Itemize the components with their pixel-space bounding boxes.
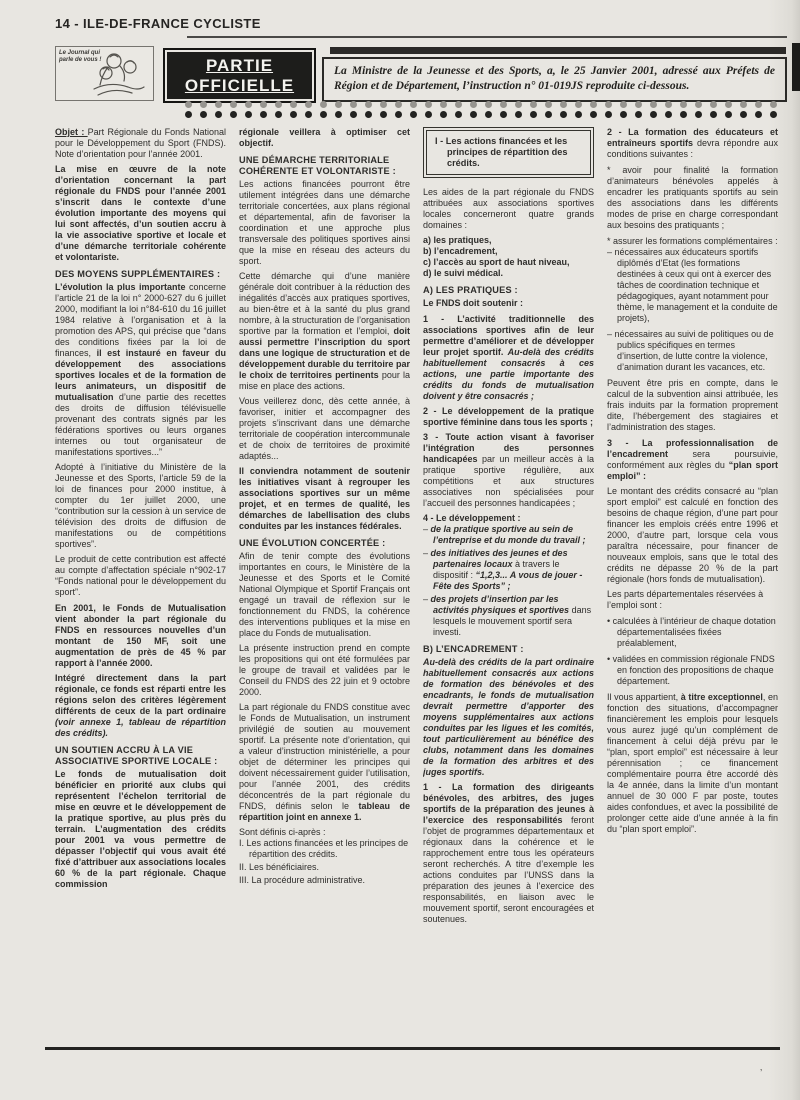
dot-icon (770, 111, 777, 118)
paragraph: – nécessaires aux éducateurs sportifs di… (607, 247, 778, 324)
paragraph: Le fonds de mutualisation doit bénéficie… (55, 769, 226, 890)
dot-icon (200, 101, 207, 108)
dot-icon (410, 111, 417, 118)
text-segment: Au-delà des crédits de la part ordinaire… (423, 657, 594, 777)
dot-icon (185, 111, 192, 118)
dot-icon (710, 111, 717, 118)
paragraph: régionale veillera à optimiser cet objec… (239, 127, 410, 149)
paragraph: 1 - La formation des dirigeants bénévole… (423, 782, 594, 925)
paragraph: La mise en œuvre de la note d’orientatio… (55, 164, 226, 263)
paragraph: 2 - La formation des éducateurs et entra… (607, 127, 778, 160)
text-segment: b) l’encadrement, (423, 246, 498, 256)
dot-icon (455, 101, 462, 108)
dot-icon (695, 111, 702, 118)
paragraph: a) les pratiques, (423, 235, 594, 246)
paragraph: – des initiatives des jeunes et des part… (423, 548, 594, 592)
paragraph: Les parts départementales réservées à l’… (607, 589, 778, 611)
dot-icon (755, 111, 762, 118)
dot-icon (335, 101, 342, 108)
paragraph: I. Les actions financées et les principe… (239, 838, 410, 860)
text-segment: c) l’accès au sport de haut niveau, (423, 257, 570, 267)
dot-icon (365, 101, 372, 108)
paragraph: – des projets d’insertion par les activi… (423, 594, 594, 638)
dot-icon (440, 101, 447, 108)
text-segment: Objet : (55, 127, 88, 137)
text-segment: 2 - Le développement de la pratique spor… (423, 406, 594, 427)
paragraph: Le produit de cette contribution est aff… (55, 554, 226, 598)
text-segment: • validées en commission régionale FNDS … (607, 654, 775, 686)
text-segment: – (423, 524, 431, 534)
article-columns: Objet : Part Régionale du Fonds National… (55, 127, 778, 1045)
header-rule (187, 36, 787, 38)
text-segment: Les parts départementales réservées à l’… (607, 589, 763, 610)
text-segment: Les aides de la part régionale du FNDS a… (423, 187, 594, 230)
text-segment: Le produit de cette contribution est aff… (55, 554, 226, 597)
dot-icon (290, 111, 297, 118)
text-segment: Vous veillerez donc, dès cette année, à … (239, 396, 410, 461)
dot-icon (485, 101, 492, 108)
banner-line2: OFFICIELLE (185, 76, 294, 96)
dot-icon (770, 101, 777, 108)
paragraph: Le FNDS doit soutenir : (423, 298, 594, 309)
paragraph: • validées en commission régionale FNDS … (607, 654, 778, 687)
dot-icon (575, 101, 582, 108)
text-segment: B) L’ENCADREMENT : (423, 644, 524, 654)
text-segment: – (423, 594, 431, 604)
paragraph: Afin de tenir compte des évolutions impo… (239, 551, 410, 639)
page-title: 14 - ILE-DE-FRANCE CYCLISTE (55, 16, 261, 31)
dots-row-gray (185, 101, 785, 108)
paragraph: Cette démarche qui d’une manière général… (239, 271, 410, 392)
paragraph: b) l’encadrement, (423, 246, 594, 257)
text-segment: III. La procédure administrative. (239, 875, 365, 885)
text-segment: Afin de tenir compte des évolutions impo… (239, 551, 410, 638)
paragraph: Intégré directement dans la part régiona… (55, 673, 226, 739)
partie-officielle-banner: PARTIE OFFICIELLE (163, 48, 316, 103)
dot-icon (530, 111, 537, 118)
dot-icon (590, 101, 597, 108)
newspaper-page: 14 - ILE-DE-FRANCE CYCLISTE Le Journal q… (0, 0, 800, 1100)
paragraph: 1 - L’activité traditionnelle des associ… (423, 314, 594, 402)
dot-icon (515, 101, 522, 108)
paragraph: Objet : Part Régionale du Fonds National… (55, 127, 226, 160)
dot-icon (275, 111, 282, 118)
dot-icon (530, 101, 537, 108)
text-segment: Le FNDS doit soutenir : (423, 298, 523, 308)
text-column-1: Objet : Part Régionale du Fonds National… (55, 127, 226, 1045)
paragraph: c) l’accès au sport de haut niveau, (423, 257, 594, 268)
paragraph: 4 - Le développement : (423, 513, 594, 524)
text-segment: Les actions financées pourront être util… (239, 179, 410, 266)
dot-icon (560, 101, 567, 108)
dot-icon (695, 101, 702, 108)
text-segment: de la pratique sportive au sein de l’ent… (431, 524, 586, 545)
text-column-4: 2 - La formation des éducateurs et entra… (607, 127, 778, 1045)
dot-icon (635, 111, 642, 118)
dot-icon (395, 101, 402, 108)
dot-icon (380, 111, 387, 118)
dot-icon (470, 111, 477, 118)
dot-icon (590, 111, 597, 118)
paragraph: – nécessaires au suivi de politiques ou … (607, 329, 778, 373)
text-segment: a) les pratiques, (423, 235, 492, 245)
dot-icon (560, 111, 567, 118)
text-segment: La présente instruction prend en compte … (239, 643, 410, 697)
text-segment: DES MOYENS SUPPLÉMENTAIRES : (55, 269, 220, 279)
paragraph: II. Les bénéficiaires. (239, 862, 410, 873)
text-segment: I - Les actions financées et les princip… (435, 136, 568, 168)
paragraph: La part régionale du FNDS constitue avec… (239, 702, 410, 823)
text-column-2: régionale veillera à optimiser cet objec… (239, 127, 410, 1045)
dot-icon (380, 101, 387, 108)
text-segment: 4 - Le développement : (423, 513, 521, 523)
dot-icon (620, 111, 627, 118)
text-segment: (voir annexe 1, tableau de répartition d… (55, 717, 226, 738)
dot-icon (665, 101, 672, 108)
paragraph: 3 - Toute action visant à favoriser l’in… (423, 432, 594, 509)
dot-icon (650, 101, 657, 108)
paragraph: Sont définis ci-après : (239, 827, 410, 838)
bottom-rule (45, 1047, 780, 1050)
dot-icon (440, 111, 447, 118)
dot-icon (290, 101, 297, 108)
section-heading: B) L’ENCADREMENT : (423, 644, 594, 655)
text-segment: Le fonds de mutualisation doit bénéficie… (55, 769, 226, 889)
text-segment: II. Les bénéficiaires. (239, 862, 319, 872)
dot-icon (350, 101, 357, 108)
text-segment: régionale veillera à optimiser cet objec… (239, 127, 410, 148)
text-segment: La mise en œuvre de la note d’orientatio… (55, 164, 226, 262)
boxed-heading: I - Les actions financées et les princip… (426, 130, 591, 175)
section-heading: UN SOUTIEN ACCRU À LA VIE ASSOCIATIVE SP… (55, 745, 226, 767)
text-segment: d) le suivi médical. (423, 268, 503, 278)
paragraph: Peuvent être pris en compte, dans le cal… (607, 378, 778, 433)
paragraph: * assurer les formations complémentaires… (607, 236, 778, 247)
dot-icon (740, 111, 747, 118)
text-segment: Sont définis ci-après : (239, 827, 326, 837)
dot-icon (725, 111, 732, 118)
dot-icon (245, 111, 252, 118)
dot-icon (680, 101, 687, 108)
paragraph: d) le suivi médical. (423, 268, 594, 279)
dot-icon (275, 101, 282, 108)
paragraph: L’évolution la plus importante concerne … (55, 282, 226, 458)
text-segment: à titre exceptionnel (681, 692, 763, 702)
text-column-3: I - Les actions financées et les princip… (423, 127, 594, 1045)
section-heading: A) LES PRATIQUES : (423, 285, 594, 296)
paragraph: 2 - Le développement de la pratique spor… (423, 406, 594, 428)
dot-icon (200, 111, 207, 118)
dot-icon (260, 111, 267, 118)
text-segment: * avoir pour finalité la formation d’ani… (607, 165, 778, 230)
paragraph: 3 - La professionnalisation de l’encadre… (607, 438, 778, 482)
dot-icon (215, 111, 222, 118)
dot-icon (245, 101, 252, 108)
paragraph: * avoir pour finalité la formation d’ani… (607, 165, 778, 231)
dot-icon (230, 111, 237, 118)
text-segment: UNE DÉMARCHE TERRITORIALE COHÉRENTE ET V… (239, 155, 396, 176)
paragraph: En 2001, le Fonds de Mutualisation vient… (55, 603, 226, 669)
text-segment: feront l’objet de programmes département… (423, 815, 594, 924)
text-segment: – nécessaires au suivi de politiques ou … (607, 329, 774, 372)
dot-icon (755, 101, 762, 108)
dot-icon (305, 101, 312, 108)
dot-icon (395, 111, 402, 118)
scan-artifact: ’ (760, 1068, 762, 1079)
text-segment: Intégré directement dans la part régiona… (55, 673, 226, 716)
section-heading: DES MOYENS SUPPLÉMENTAIRES : (55, 269, 226, 280)
text-segment: La part régionale du FNDS constitue avec… (239, 702, 410, 811)
text-segment: – (423, 548, 431, 558)
paragraph: Il conviendra notamment de soutenir les … (239, 466, 410, 532)
dot-icon (230, 101, 237, 108)
section-heading: UNE DÉMARCHE TERRITORIALE COHÉRENTE ET V… (239, 155, 410, 177)
section-heading: UNE ÉVOLUTION CONCERTÉE : (239, 538, 410, 549)
notice-top-bar (330, 47, 786, 54)
dot-icon (485, 111, 492, 118)
paragraph: Le montant des crédits consacré au “plan… (607, 486, 778, 585)
text-segment: • calculées à l’intérieur de chaque dota… (607, 616, 776, 648)
dot-icon (710, 101, 717, 108)
dot-icon (410, 101, 417, 108)
dots-row-black (185, 111, 785, 118)
dot-icon (335, 111, 342, 118)
paragraph: Les actions financées pourront être util… (239, 179, 410, 267)
dot-icon (575, 111, 582, 118)
dot-icon (260, 101, 267, 108)
text-segment: I. Les actions financées et les principe… (239, 838, 408, 859)
dot-icon (725, 101, 732, 108)
paragraph: Vous veillerez donc, dès cette année, à … (239, 396, 410, 462)
page-edge-bar (792, 43, 800, 91)
ministre-notice: La Ministre de la Jeunesse et des Sports… (322, 57, 787, 102)
text-segment: Il vous appartient, (607, 692, 681, 702)
dot-icon (620, 101, 627, 108)
text-segment: UNE ÉVOLUTION CONCERTÉE : (239, 538, 385, 548)
paragraph: Les aides de la part régionale du FNDS a… (423, 187, 594, 231)
text-segment: Peuvent être pris en compte, dans le cal… (607, 378, 778, 432)
dot-icon (740, 101, 747, 108)
banner-line1: PARTIE (206, 56, 273, 76)
dot-icon (320, 101, 327, 108)
dot-icon (605, 101, 612, 108)
dot-icon (470, 101, 477, 108)
dots-ornament (185, 101, 785, 121)
text-segment: concerne l’article 21 de la loi n° 2000-… (55, 282, 226, 358)
dot-icon (500, 111, 507, 118)
text-segment: A) LES PRATIQUES : (423, 285, 518, 295)
text-segment: Le montant des crédits consacré au “plan… (607, 486, 778, 584)
journal-logo-box: Le Journal qui parle de vous ! (55, 46, 154, 101)
dot-icon (545, 111, 552, 118)
dot-icon (185, 101, 192, 108)
text-segment: – nécessaires aux éducateurs sportifs di… (607, 247, 778, 323)
text-segment: Il conviendra notamment de soutenir les … (239, 466, 410, 531)
text-segment: , en fonction des situations, d’accompag… (607, 692, 778, 834)
paragraph: • calculées à l’intérieur de chaque dota… (607, 616, 778, 649)
text-segment: UN SOUTIEN ACCRU À LA VIE ASSOCIATIVE SP… (55, 745, 217, 766)
dot-icon (455, 111, 462, 118)
dot-icon (680, 111, 687, 118)
dot-icon (635, 101, 642, 108)
dot-icon (545, 101, 552, 108)
journal-cartoon (80, 49, 152, 99)
paragraph: Au-delà des crédits de la part ordinaire… (423, 657, 594, 778)
dot-icon (350, 111, 357, 118)
dot-icon (665, 111, 672, 118)
dot-icon (425, 111, 432, 118)
dot-icon (515, 111, 522, 118)
text-segment: 1 - La formation des dirigeants bénévole… (423, 782, 594, 825)
paragraph: Il vous appartient, à titre exceptionnel… (607, 692, 778, 835)
text-segment: Adopté à l’initiative du Ministère de la… (55, 462, 226, 549)
paragraph: Adopté à l’initiative du Ministère de la… (55, 462, 226, 550)
dot-icon (320, 111, 327, 118)
paragraph: III. La procédure administrative. (239, 875, 410, 886)
dot-icon (425, 101, 432, 108)
text-segment: L’évolution la plus importante (55, 282, 189, 292)
dot-icon (365, 111, 372, 118)
dot-icon (605, 111, 612, 118)
text-segment: * assurer les formations complémentaires… (607, 236, 778, 246)
dot-icon (305, 111, 312, 118)
text-segment: Cette démarche qui d’une manière général… (239, 271, 410, 336)
dot-icon (215, 101, 222, 108)
paragraph: La présente instruction prend en compte … (239, 643, 410, 698)
dot-icon (650, 111, 657, 118)
paragraph: – de la pratique sportive au sein de l’e… (423, 524, 594, 546)
text-segment: des projets d’insertion par les activité… (431, 594, 572, 615)
dot-icon (500, 101, 507, 108)
text-segment: En 2001, le Fonds de Mutualisation vient… (55, 603, 226, 668)
